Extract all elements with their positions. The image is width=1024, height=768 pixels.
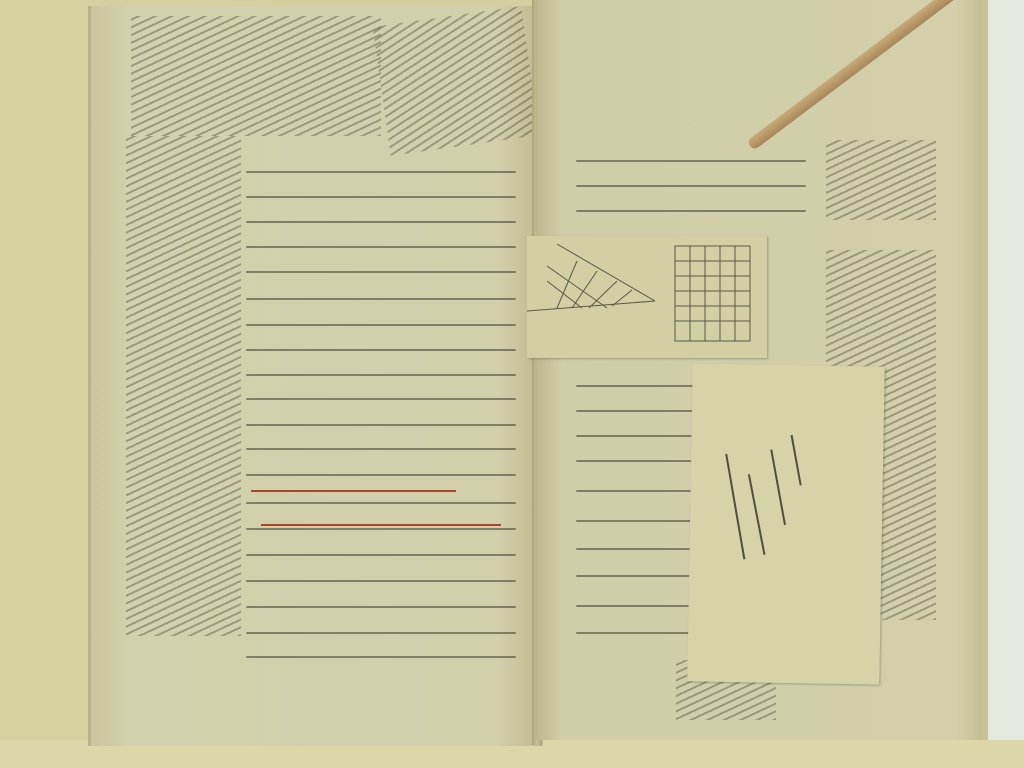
diagram-slip [527, 236, 767, 358]
marginal-notes-left [126, 136, 241, 636]
grid-diagram [527, 236, 767, 358]
marginal-notes-top [131, 16, 381, 136]
red-underline [251, 490, 456, 492]
left-page [88, 6, 543, 746]
note-slip [687, 363, 885, 684]
marginal-notes-right-top [826, 140, 936, 220]
red-underline [261, 524, 501, 526]
handwritten-note [687, 363, 885, 684]
table-surface [0, 0, 100, 768]
marginal-notes-top-right [373, 6, 540, 156]
